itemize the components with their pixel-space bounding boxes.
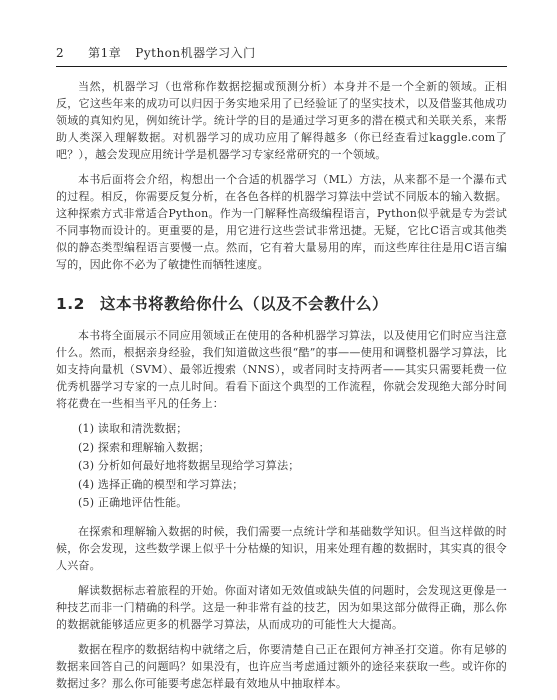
- page-body: 当然，机器学习（也常称作数据挖掘或预测分析）本身并不是一个全新的领域。正相反，它…: [56, 78, 507, 692]
- paragraph-data-ready: 数据在程序的数据结构中就绪之后，你要清楚自己正在跟何方神圣打交道。你有足够的数据…: [56, 641, 507, 692]
- book-page: 2 第1章 Python机器学习入门 当然，机器学习（也常称作数据挖掘或预测分析…: [0, 0, 557, 700]
- paragraph-workflow-intro: 本书将全面展示不同应用领域正在使用的各种机器学习算法，以及使用它们时应当注意什么…: [56, 327, 507, 412]
- list-item: (5) 正确地评估性能。: [56, 494, 507, 513]
- paragraph-intro-1: 当然，机器学习（也常称作数据挖掘或预测分析）本身并不是一个全新的领域。正相反，它…: [56, 78, 507, 163]
- section-title: 这本书将教给你什么（以及不会教什么）: [100, 292, 388, 314]
- list-item: (3) 分析如何最好地将数据呈现给学习算法；: [56, 457, 507, 476]
- list-item: (4) 选择正确的模型和学习算法；: [56, 476, 507, 495]
- paragraph-intro-2: 本书后面将会介绍，构想出一个合适的机器学习（ML）方法，从来都不是一个瀑布式的过…: [56, 171, 507, 273]
- chapter-title: Python机器学习入门: [135, 44, 255, 61]
- paragraph-interpreting: 解读数据标志着旅程的开始。你面对诸如无效值或缺失值的问题时，会发现这更像是一种技…: [56, 582, 507, 633]
- chapter-label: 第1章: [88, 44, 121, 61]
- running-header: 2 第1章 Python机器学习入门: [56, 44, 507, 67]
- section-heading: 1.2 这本书将教给你什么（以及不会教什么）: [56, 292, 507, 314]
- section-number: 1.2: [56, 295, 85, 313]
- list-item: (1) 读取和清洗数据；: [56, 420, 507, 439]
- paragraph-statistics: 在探索和理解输入数据的时候，我们需要一点统计学和基础数学知识。但当这样做的时候，…: [56, 523, 507, 574]
- list-item: (2) 探索和理解输入数据；: [56, 439, 507, 458]
- workflow-list: (1) 读取和清洗数据； (2) 探索和理解输入数据； (3) 分析如何最好地将…: [56, 420, 507, 513]
- page-number: 2: [56, 46, 64, 60]
